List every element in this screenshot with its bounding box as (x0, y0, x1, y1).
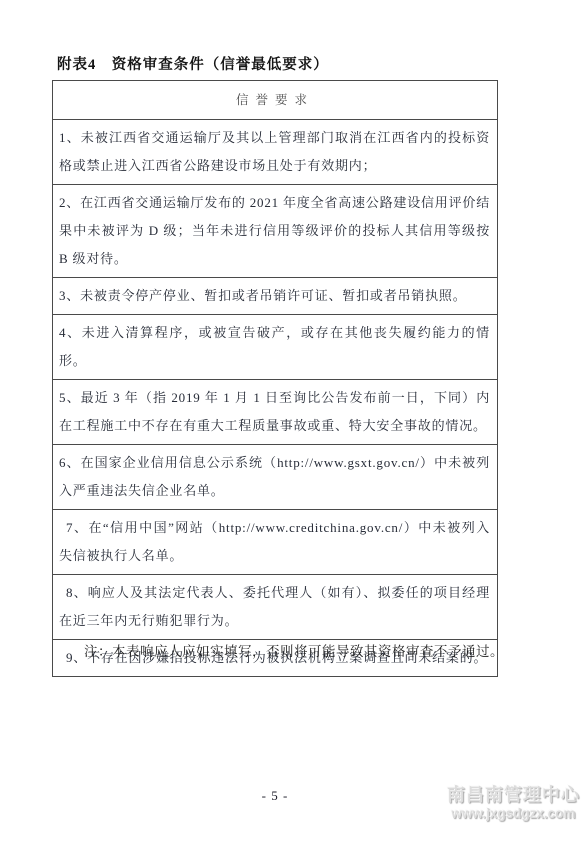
table-row-4: 4、未进入清算程序，或被宣告破产，或存在其他丧失履约能力的情形。 (53, 314, 497, 379)
table-header-credit-requirements: 信誉要求 (53, 81, 497, 119)
page-title: 附表4 资格审查条件（信誉最低要求） (57, 53, 329, 74)
document-page: 附表4 资格审查条件（信誉最低要求） 信誉要求 1、未被江西省交通运输厅及其以上… (0, 0, 582, 843)
table-row-8: 8、响应人及其法定代表人、委托代理人（如有）、拟委任的项目经理在近三年内无行贿犯… (53, 574, 497, 639)
table-row-7: 7、在“信用中国”网站（http://www.creditchina.gov.c… (53, 509, 497, 574)
table-row-5: 5、最近 3 年（指 2019 年 1 月 1 日至询比公告发布前一日，下同）内… (53, 379, 497, 444)
page-number: - 5 - (52, 788, 498, 804)
watermark-site-name: 南昌南管理中心 (447, 785, 580, 806)
credit-requirements-table: 信誉要求 1、未被江西省交通运输厅及其以上管理部门取消在江西省内的投标资格或禁止… (52, 80, 498, 677)
table-row-3: 3、未被责令停产停业、暂扣或者吊销许可证、暂扣或者吊销执照。 (53, 277, 497, 314)
watermark-site-url: www.jxgsdgzx.com (447, 806, 580, 822)
table-row-2: 2、在江西省交通运输厅发布的 2021 年度全省高速公路建设信用评价结果中未被评… (53, 184, 497, 277)
table-row-1: 1、未被江西省交通运输厅及其以上管理部门取消在江西省内的投标资格或禁止进入江西省… (53, 119, 497, 184)
footnote: 注：本表响应人应如实填写，否则将可能导致其资格审查不予通过。 (84, 640, 504, 660)
site-watermark: 南昌南管理中心 www.jxgsdgzx.com (447, 785, 580, 821)
table-row-6: 6、在国家企业信用信息公示系统（http://www.gsxt.gov.cn/）… (53, 444, 497, 509)
